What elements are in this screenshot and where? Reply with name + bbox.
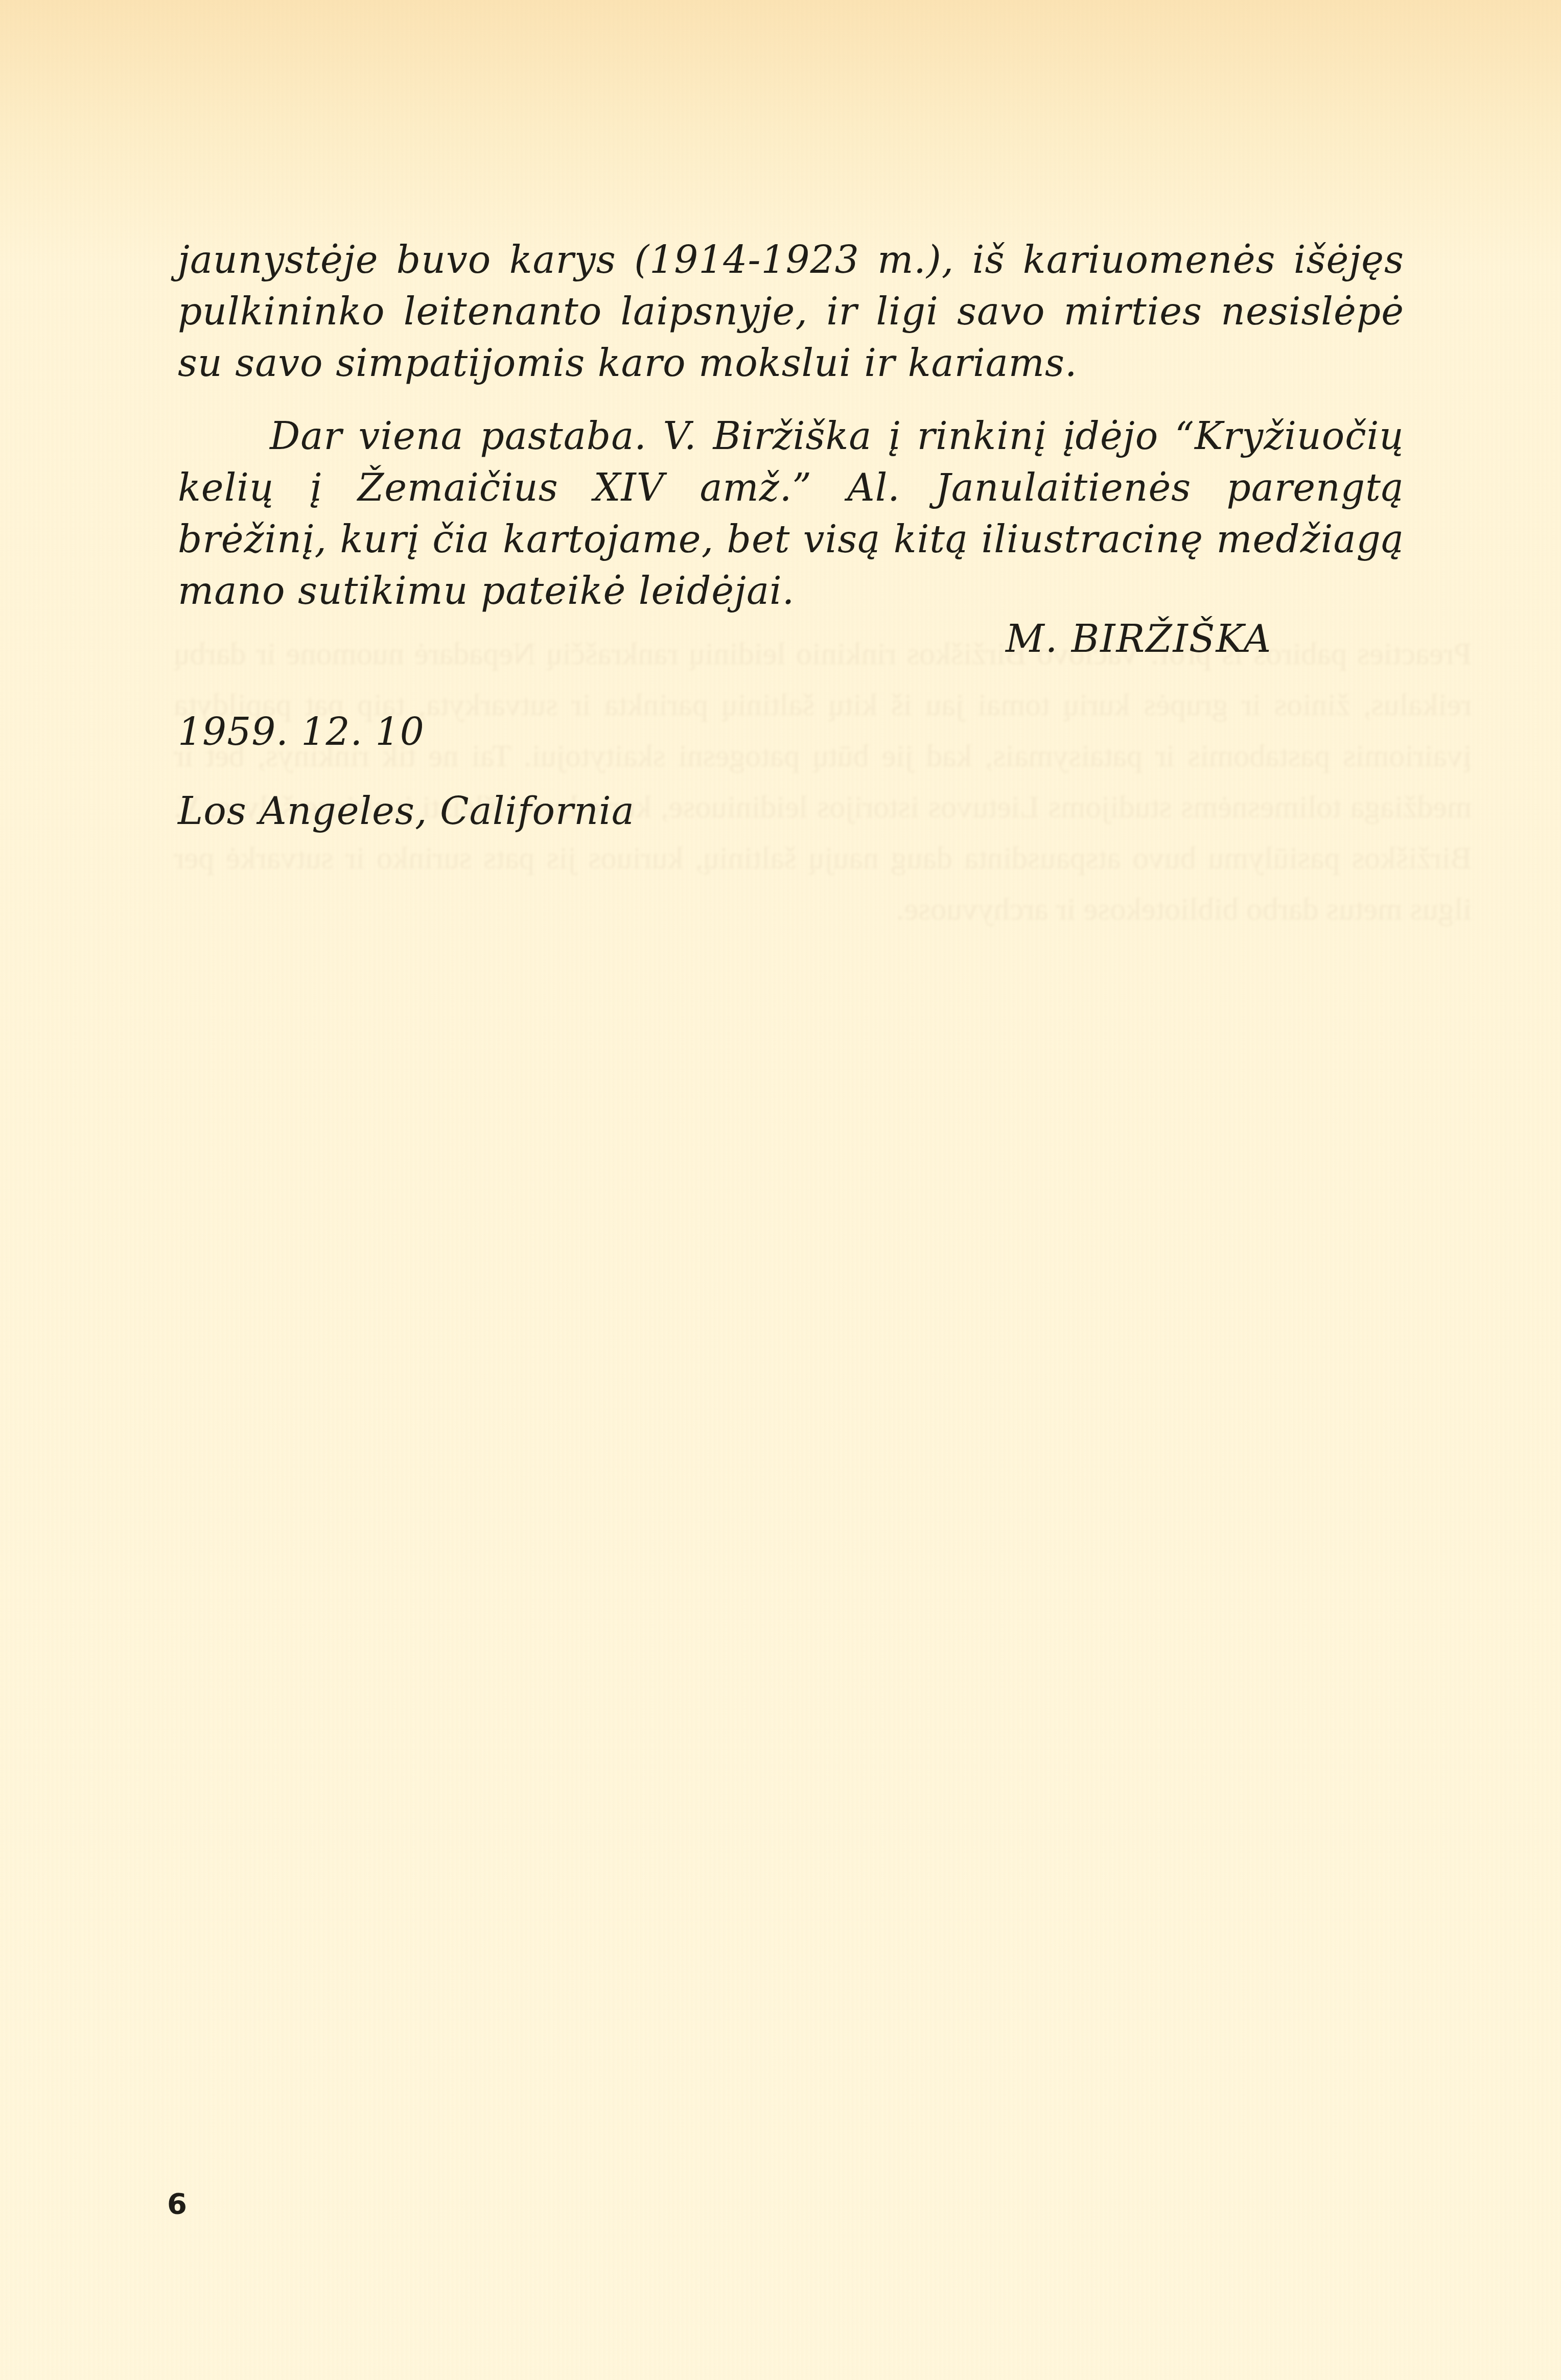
paragraph-note: Dar viena pastaba. V. Biržiška į rinkinį… <box>178 411 1404 617</box>
author-signature: M. BIRŽIŠKA <box>1006 617 1272 661</box>
place-line: Los Angeles, California <box>178 789 635 833</box>
paragraph-continuation: jaunystėje buvo karys (1914-1923 m.), iš… <box>178 234 1404 389</box>
date-line: 1959. 12. 10 <box>178 710 425 754</box>
page-number: 6 <box>167 2187 187 2221</box>
book-page: Preacties pabiros iš prof. Vaclovo Birži… <box>0 0 1561 2380</box>
reverse-page-show-through: Preacties pabiros iš prof. Vaclovo Birži… <box>174 628 1472 2059</box>
